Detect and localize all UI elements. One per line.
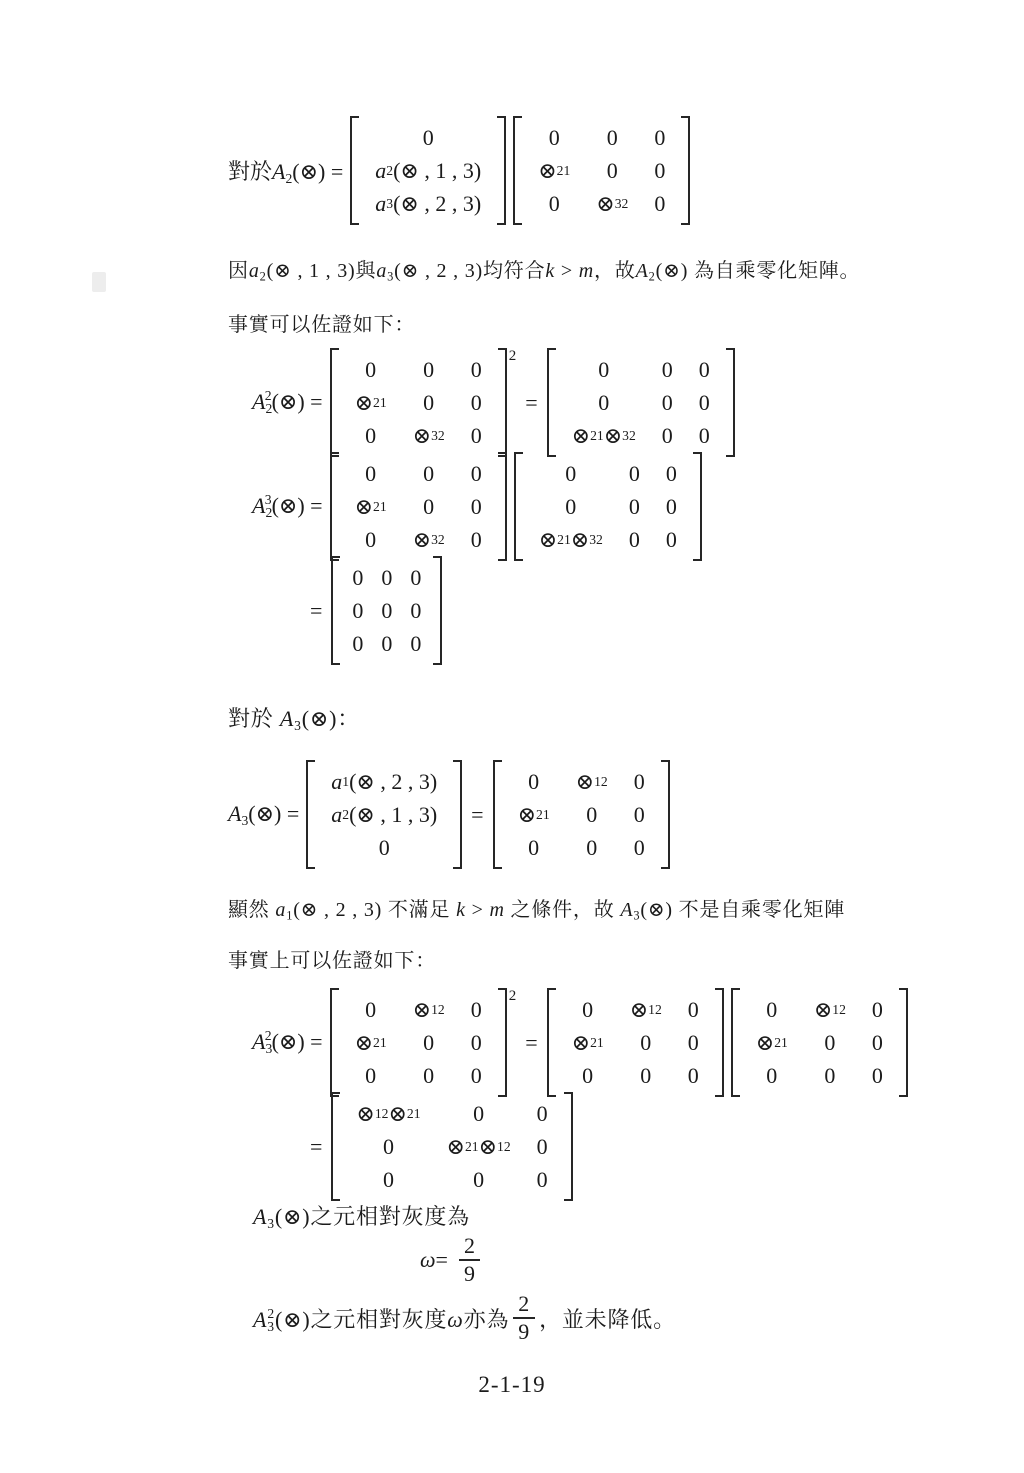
fraction-numerator: 2 bbox=[459, 1234, 480, 1259]
equation-a2-label: 對於A2(⊗) = bbox=[228, 155, 343, 186]
fraction-numerator: 2 bbox=[513, 1292, 535, 1317]
matrix-a2: 000⊗21000⊗320 bbox=[513, 116, 690, 225]
fraction-two-ninths: 2 9 bbox=[513, 1292, 535, 1344]
equals-sign: = bbox=[469, 802, 485, 828]
equation-a3-squared: A32(⊗) = 0⊗120⊗2100000 2 = 0⊗120⊗2100000… bbox=[252, 988, 908, 1097]
matrix-a3-squared-wrap: 0⊗120⊗2100000 2 bbox=[330, 988, 517, 1097]
matrix-a3sq-result: ⊗12 ⊗21000⊗21 ⊗120000 bbox=[331, 1092, 572, 1201]
matrix-power-exponent: 2 bbox=[509, 348, 517, 365]
equation-a2-squared: A22(⊗) = 000⊗21000⊗320 2 = 000000⊗21 ⊗32… bbox=[252, 348, 735, 457]
matrix-zero: 000000000 bbox=[331, 556, 442, 665]
equals-sign: = bbox=[308, 1134, 324, 1160]
equation-a3sq-result: = ⊗12 ⊗21000⊗21 ⊗120000 bbox=[308, 1092, 573, 1201]
heading-a3: 對於 A3(⊗)： bbox=[228, 702, 360, 733]
matrix-a3: 0⊗120⊗2100000 bbox=[493, 760, 670, 869]
omega-lhs: ω= bbox=[420, 1247, 448, 1273]
equation-omega: ω= 2 9 bbox=[420, 1234, 484, 1286]
equation-a2-definition: 對於A2(⊗) = 0a2(⊗ , 1 , 3)a3(⊗ , 2 , 3) 00… bbox=[228, 116, 690, 225]
matrix-a2-base: 000⊗21000⊗320 bbox=[330, 348, 507, 457]
matrix-a3-vector: a1(⊗ , 2 , 3)a2(⊗ , 1 , 3)0 bbox=[306, 760, 462, 869]
equation-a3-definition: A3(⊗) = a1(⊗ , 2 , 3)a2(⊗ , 1 , 3)0 = 0⊗… bbox=[228, 760, 670, 869]
equation-a3-label: A3(⊗) = bbox=[228, 801, 299, 828]
paragraph-a2-condition: 因a2(⊗ , 1 , 3)與a3(⊗ , 2 , 3)均符合k > m，故A2… bbox=[228, 254, 860, 283]
equation-a2-cubed: A23(⊗) = 000⊗21000⊗320 000000⊗21 ⊗3200 bbox=[252, 452, 702, 561]
paragraph-a3-proof-intro: 事實上可以佐證如下： bbox=[228, 944, 436, 973]
fraction-two-ninths: 2 9 bbox=[459, 1234, 480, 1286]
matrix-a3sq-factor1: 0⊗120⊗2100000 bbox=[547, 988, 724, 1097]
matrix-power-exponent: 2 bbox=[509, 988, 517, 1005]
paragraph-a2-proof-intro: 事實可以佐證如下： bbox=[228, 308, 415, 337]
equation-a2sq-label: A22(⊗) = bbox=[252, 389, 323, 416]
matrix-a2-vector: 0a2(⊗ , 1 , 3)a3(⊗ , 2 , 3) bbox=[350, 116, 506, 225]
paragraph-a3sq-before: A32(⊗)之元相對灰度ω亦為 bbox=[253, 1303, 509, 1334]
fraction-denominator: 9 bbox=[513, 1317, 535, 1344]
matrix-a2cube-factor1: 000⊗21000⊗320 bbox=[330, 452, 507, 561]
paragraph-a3sq-greyness: A32(⊗)之元相對灰度ω亦為 2 9 ，並未降低。 bbox=[253, 1292, 676, 1344]
equation-a2cube-label: A23(⊗) = bbox=[252, 493, 323, 520]
matrix-a2-squared-wrap: 000⊗21000⊗320 2 bbox=[330, 348, 517, 457]
equation-a3sq-label: A32(⊗) = bbox=[252, 1029, 323, 1056]
matrix-a3sq-factor2: 0⊗120⊗2100000 bbox=[731, 988, 908, 1097]
matrix-a3-base: 0⊗120⊗2100000 bbox=[330, 988, 507, 1097]
matrix-a2sq-result: 000000⊗21 ⊗3200 bbox=[547, 348, 735, 457]
paragraph-a3-greyness: A3(⊗)之元相對灰度為 bbox=[253, 1200, 470, 1231]
fraction-denominator: 9 bbox=[459, 1259, 480, 1286]
equals-sign: = bbox=[523, 1030, 539, 1056]
paragraph-a3-condition: 顯然 a1(⊗ , 2 , 3) 不滿足 k > m 之條件，故 A3(⊗) 不… bbox=[228, 893, 845, 922]
equals-sign: = bbox=[523, 390, 539, 416]
scan-artifact bbox=[92, 272, 106, 292]
equation-a2cube-result: = 000000000 bbox=[308, 556, 442, 665]
document-page: 對於A2(⊗) = 0a2(⊗ , 1 , 3)a3(⊗ , 2 , 3) 00… bbox=[0, 0, 1024, 1473]
page-number: 2-1-19 bbox=[0, 1372, 1024, 1398]
paragraph-a3sq-after: ，並未降低。 bbox=[539, 1303, 676, 1334]
equals-sign: = bbox=[308, 598, 324, 624]
matrix-a2cube-factor2: 000000⊗21 ⊗3200 bbox=[514, 452, 702, 561]
